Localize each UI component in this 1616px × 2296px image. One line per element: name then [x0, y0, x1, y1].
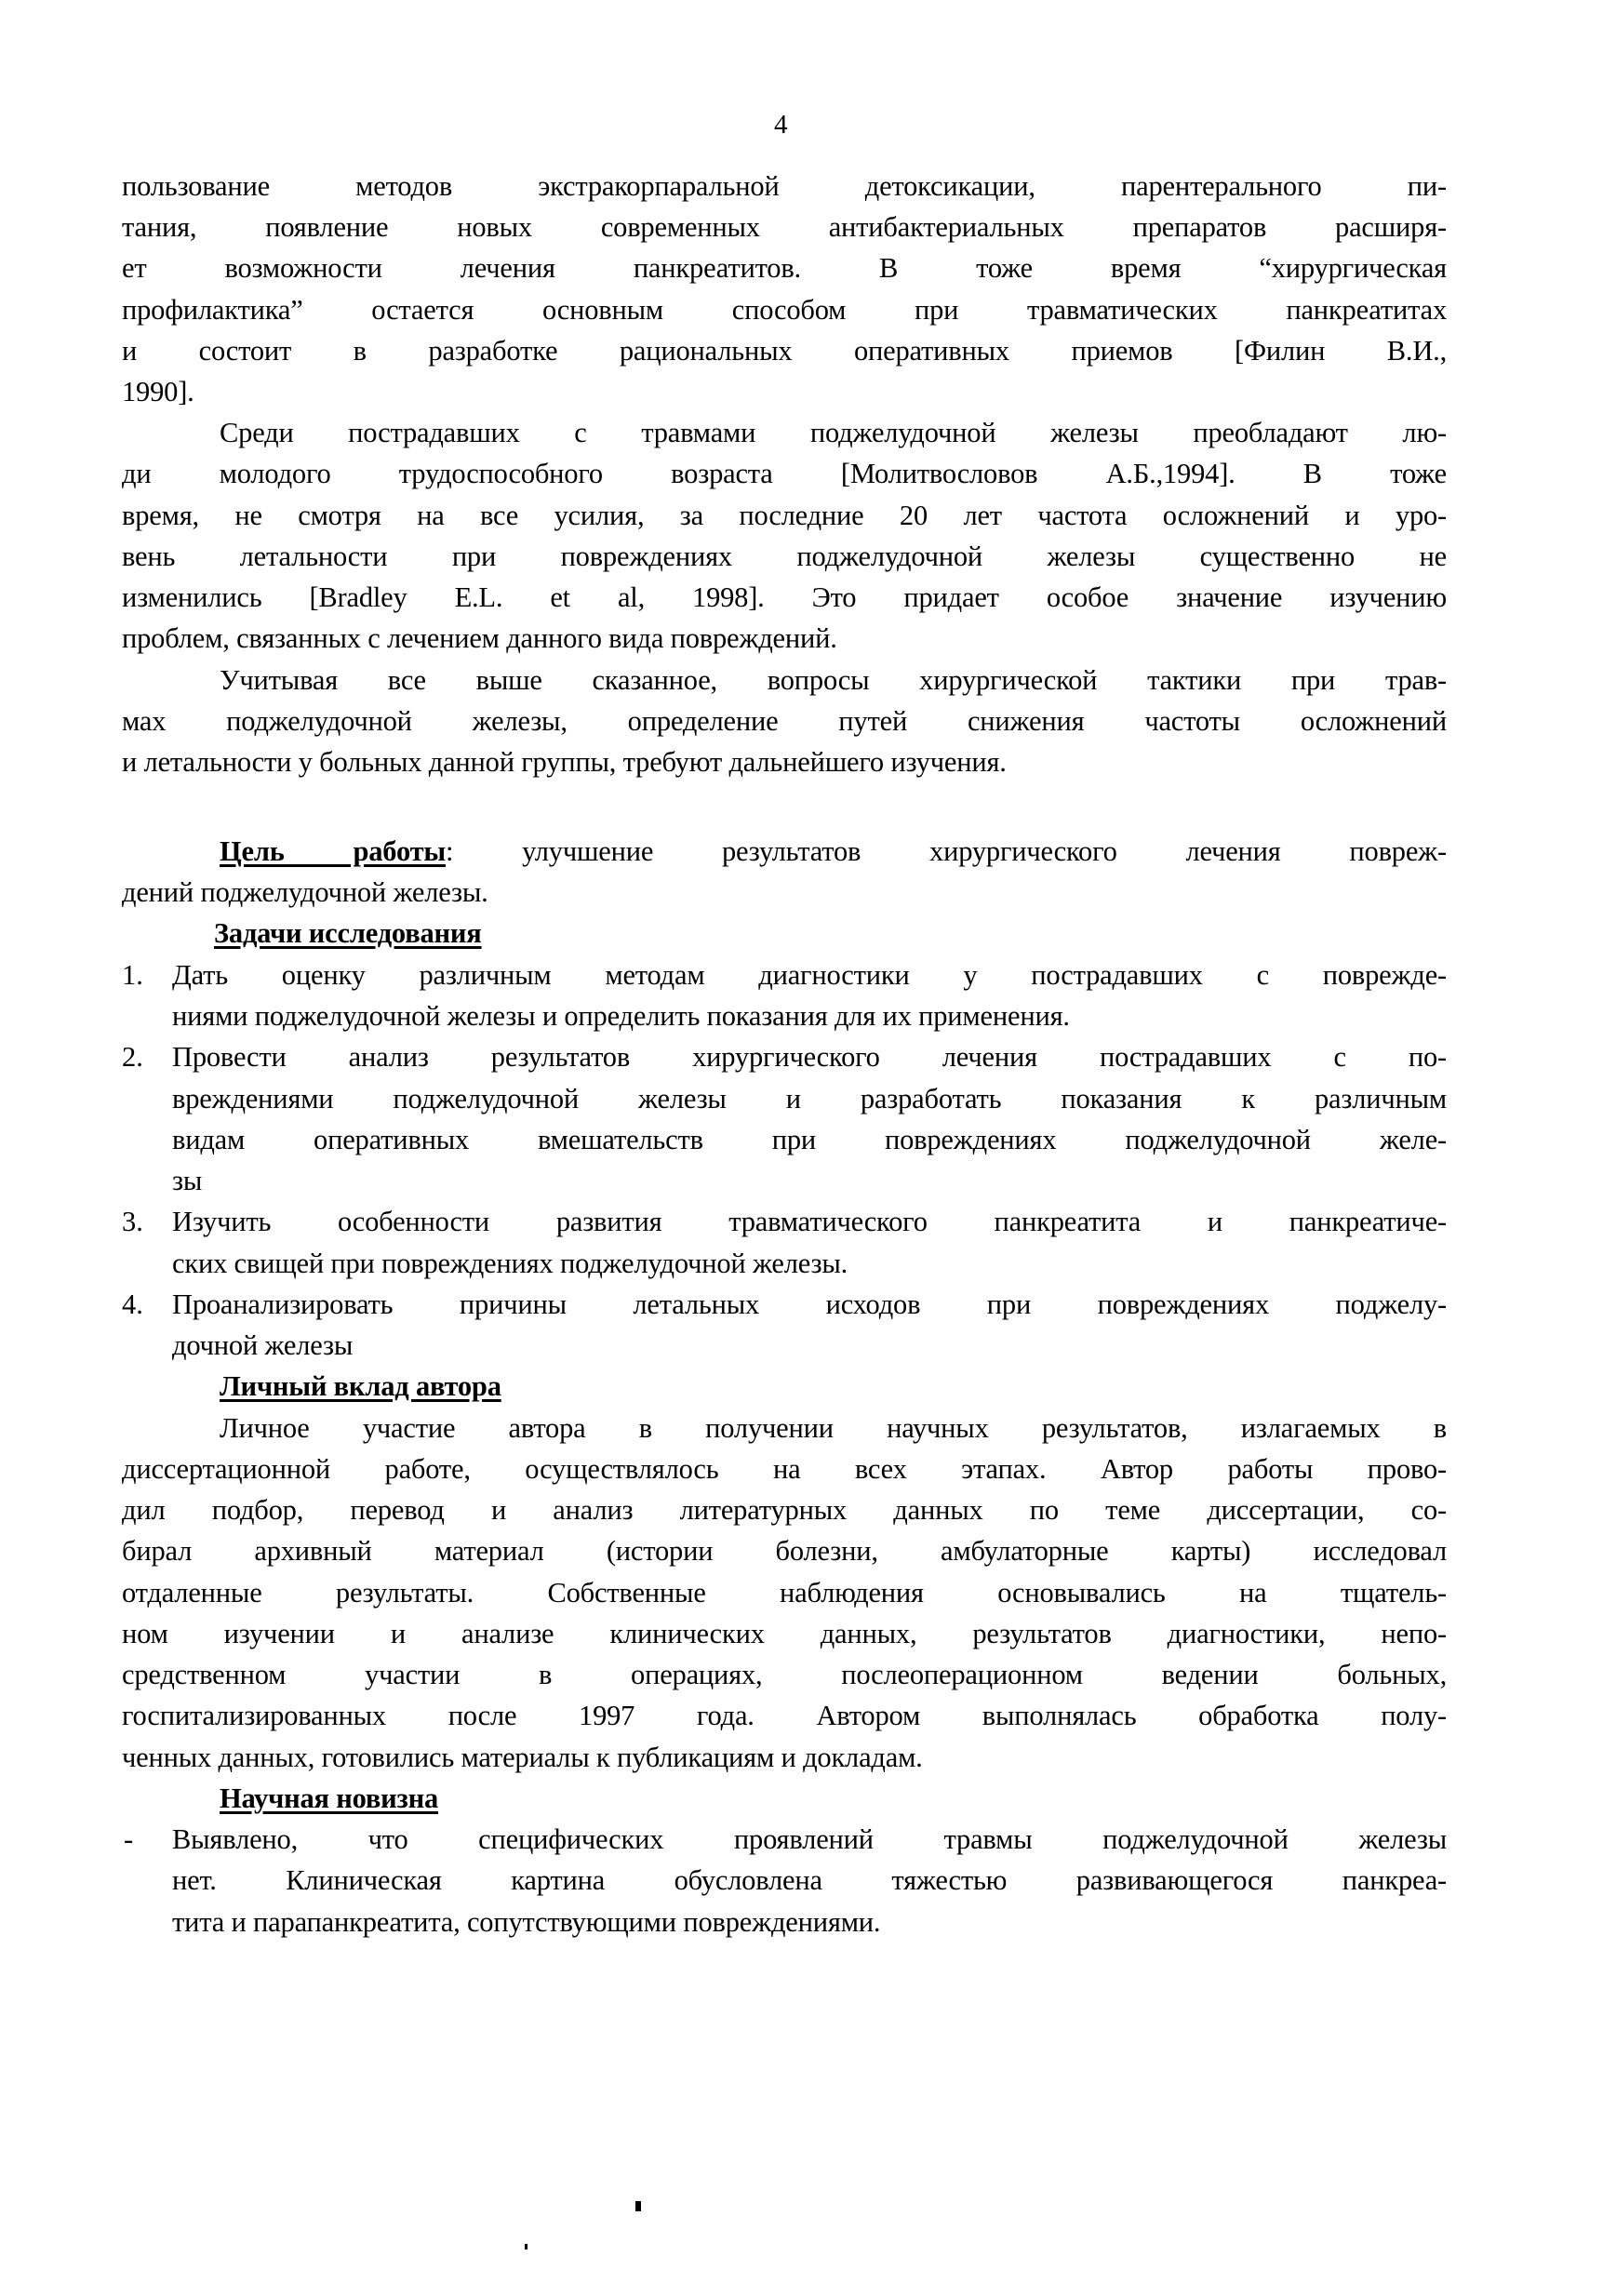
goal-label: Цель работы — [220, 835, 446, 867]
scan-artifact — [635, 2201, 641, 2211]
goal-text: улучшение результатов хирургического леч… — [453, 835, 1447, 867]
contribution-heading: Личный вклад автора — [220, 1366, 501, 1407]
list-item-line: Изучить особенности развития травматичес… — [172, 1201, 1447, 1242]
text-line: изменились [Bradley E.L. et al, 1998]. Э… — [122, 577, 1447, 618]
list-item-line: зы — [172, 1160, 1447, 1201]
list-item-line: Провести анализ результатов хирургическо… — [172, 1036, 1447, 1077]
text-line: отдаленные результаты. Собственные наблю… — [122, 1572, 1447, 1613]
text-line: ди молодого трудоспособного возраста [Мо… — [122, 453, 1447, 494]
list-item-line: видам оперативных вмешательств при повре… — [172, 1119, 1447, 1160]
scan-artifact — [525, 2244, 528, 2249]
heading-text: Личный вклад автора — [220, 1370, 501, 1402]
text-line: Учитывая все выше сказанное, вопросы хир… — [220, 660, 1447, 701]
text-line: Среди пострадавших с травмами поджелудоч… — [220, 412, 1447, 453]
text-line: дений поджелудочной железы. — [122, 872, 1447, 913]
text-line: профилактика” остается основным способом… — [122, 289, 1447, 330]
text-line: 1990]. — [122, 371, 1447, 412]
text-line: средственном участии в операциях, послео… — [122, 1654, 1447, 1695]
text-line: и состоит в разработке рациональных опер… — [122, 330, 1447, 371]
text-line: ном изучении и анализе клинических данны… — [122, 1613, 1447, 1654]
text-line: бирал архивный материал (истории болезни… — [122, 1530, 1447, 1571]
text-line: и летальности у больных данной группы, т… — [122, 741, 1447, 782]
text-line: вень летальности при повреждениях поджел… — [122, 536, 1447, 577]
text-line: диссертационной работе, осуществлялось н… — [122, 1448, 1447, 1489]
list-number: 1. — [122, 954, 159, 995]
bullet-item-line: тита и парапанкреатита, сопутствующими п… — [172, 1902, 1447, 1942]
heading-text: Научная новизна — [220, 1782, 438, 1814]
text-line: Личное участие автора в получении научны… — [220, 1408, 1447, 1448]
text-line: мах поджелудочной железы, определение пу… — [122, 701, 1447, 741]
text-line: время, не смотря на все усилия, за после… — [122, 495, 1447, 536]
list-number: 3. — [122, 1201, 159, 1242]
text-line: ченных данных, готовились материалы к пу… — [122, 1737, 1447, 1778]
text-line: пользование методов экстракорпаральной д… — [122, 166, 1447, 207]
heading-text: Задачи исследования — [214, 917, 482, 949]
list-item-line: дочной железы — [172, 1325, 1447, 1366]
novelty-heading: Научная новизна — [220, 1778, 438, 1819]
text-line: тания, появление новых современных антиб… — [122, 207, 1447, 247]
list-item-line: вреждениями поджелудочной железы и разра… — [172, 1078, 1447, 1119]
goal-line: Цель работы: улучшение результатов хирур… — [220, 831, 1447, 872]
text-line: ет возможности лечения панкреатитов. В т… — [122, 247, 1447, 288]
bullet-dash: - — [124, 1819, 161, 1860]
text-line: проблем, связанных с лечением данного ви… — [122, 618, 1447, 659]
bullet-item-line: Выявлено, что специфических проявлений т… — [172, 1819, 1447, 1860]
text-line: госпитализированных после 1997 года. Авт… — [122, 1695, 1447, 1736]
list-item-line: ских свищей при повреждениях поджелудочн… — [172, 1243, 1447, 1284]
tasks-heading: Задачи исследования — [214, 913, 482, 954]
list-item-line: Проанализировать причины летальных исход… — [172, 1284, 1447, 1325]
list-number: 2. — [122, 1036, 159, 1077]
text-line: дил подбор, перевод и анализ литературны… — [122, 1489, 1447, 1530]
list-item-line: Дать оценку различным методам диагностик… — [172, 954, 1447, 995]
bullet-item-line: нет. Клиническая картина обусловлена тяж… — [172, 1860, 1447, 1901]
page-number: 4 — [774, 108, 788, 141]
list-item-line: ниями поджелудочной железы и определить … — [172, 995, 1447, 1036]
list-number: 4. — [122, 1284, 159, 1325]
